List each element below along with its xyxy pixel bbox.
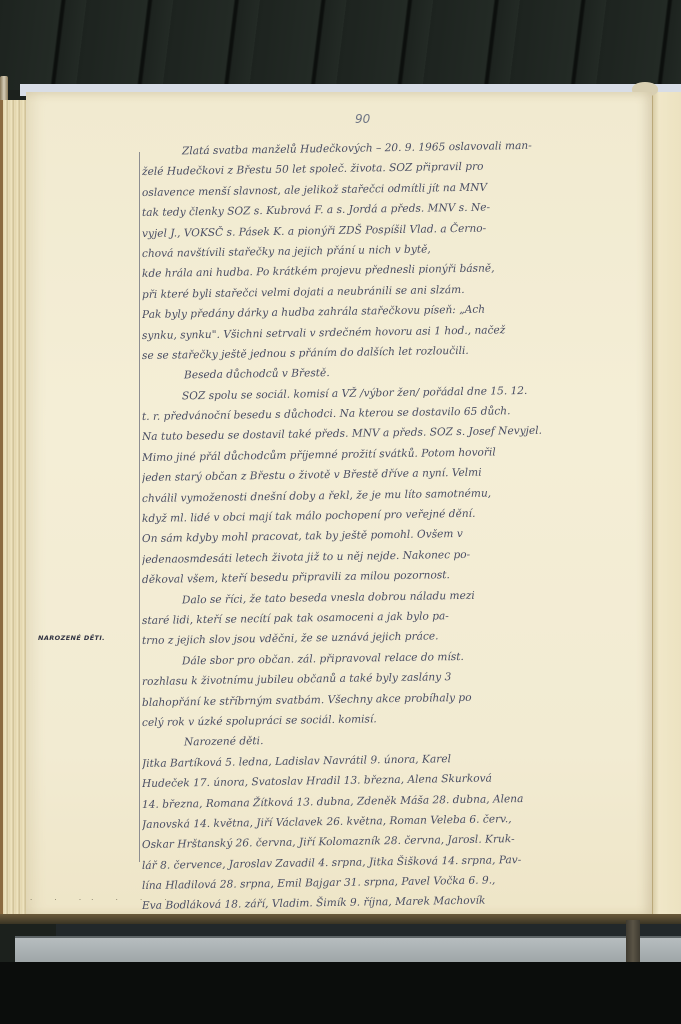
book-stand xyxy=(15,936,681,964)
dark-floor xyxy=(0,962,681,1024)
page-number: 90 xyxy=(355,112,370,126)
facing-page-edge xyxy=(652,92,681,920)
binder-clip xyxy=(0,76,8,102)
handwritten-text-block: Zlatá svatba manželů Hudečkových – 20. 9… xyxy=(142,142,626,1019)
stand-shadow xyxy=(56,924,681,936)
page-bottom-edge xyxy=(0,914,681,924)
margin-note: NAROZENÉ DĚTI. xyxy=(38,634,105,642)
page-specks: · · ·· · · · xyxy=(30,896,177,904)
dark-slatted-background xyxy=(0,0,681,90)
margin-rule xyxy=(139,152,140,862)
